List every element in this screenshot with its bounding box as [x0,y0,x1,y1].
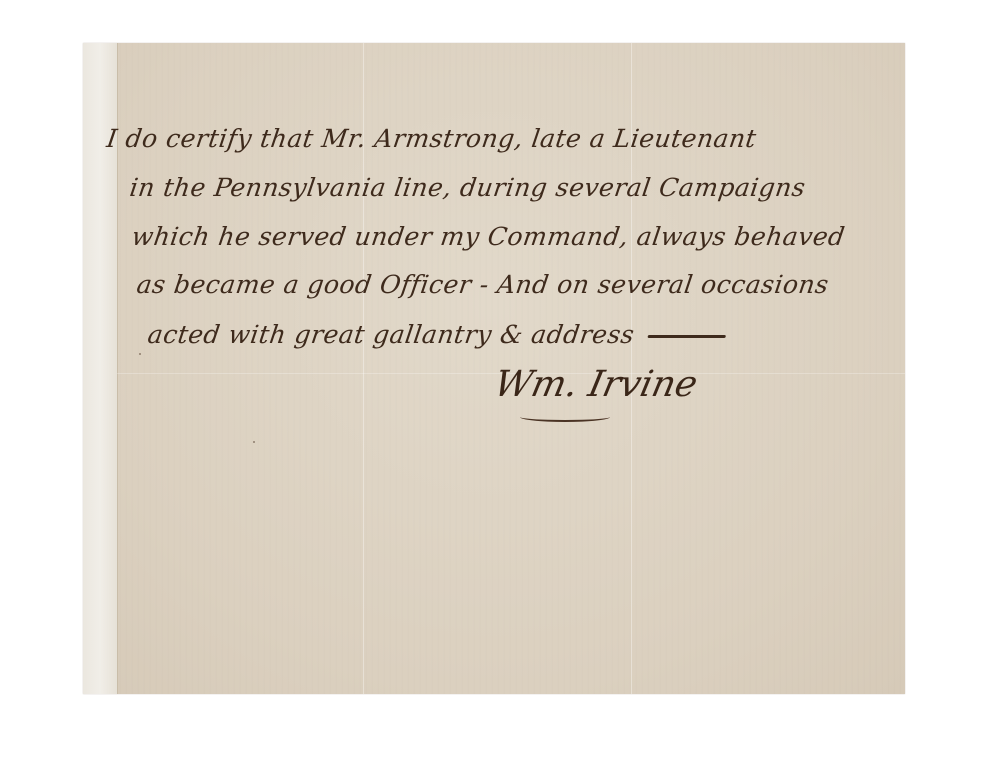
closing-dash [648,335,726,338]
letter-line-3: which he served under my Command, always… [130,222,847,251]
paper-speck [253,441,255,443]
letter-line-5: acted with great gallantry & address [146,320,636,349]
letter-line-5-wrap: acted with great gallantry & address [146,320,728,349]
paper-speck [139,353,141,355]
signature: Wm. Irvine [491,364,702,405]
signature-flourish [520,412,610,422]
letter-line-1: I do certify that Mr. Armstrong, late a … [105,124,758,153]
document-stage: I do certify that Mr. Armstrong, late a … [0,0,1000,761]
letter-line-2: in the Pennsylvania line, during several… [128,173,807,202]
letter-line-4: as became a good Officer - And on severa… [135,270,831,299]
